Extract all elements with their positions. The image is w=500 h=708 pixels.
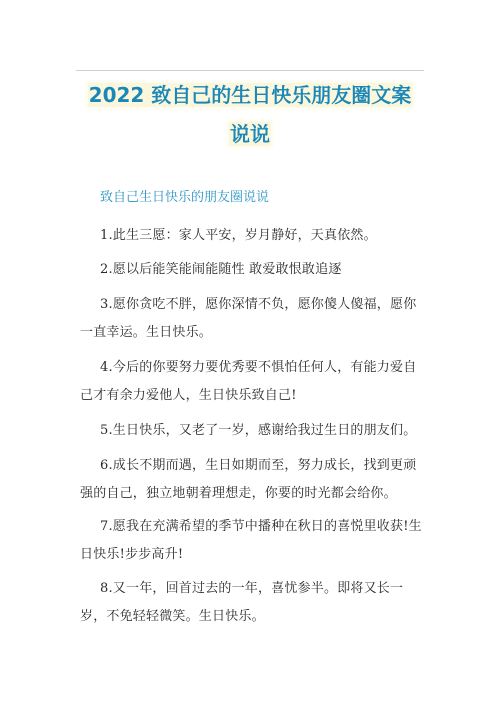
list-item: 5.生日快乐，又老了一岁，感谢给我过生日的朋友们。 (80, 417, 422, 445)
section-subtitle: 致自己生日快乐的朋友圈说说 (100, 189, 269, 207)
list-item: 7.愿我在充满希望的季节中播种在秋日的喜悦里收获!生日快乐!步步高升! (80, 513, 422, 569)
list-item: 6.成长不期而遇，生日如期而至，努力成长，找到更顽强的自己，独立地朝着理想走，你… (80, 452, 422, 508)
list-item: 8.又一年，回首过去的一年，喜忧参半。即将又长一岁，不免轻轻微笑。生日快乐。 (80, 575, 422, 631)
header-divider (76, 70, 424, 71)
page-title: 2022 致自己的生日快乐朋友圈文案 说说 (60, 76, 440, 154)
title-line-1: 2022 致自己的生日快乐朋友圈文案 (88, 83, 413, 107)
list-item: 4.今后的你要努力要优秀要不惧怕任何人，有能力爱自己才有余力爱他人，生日快乐致自… (80, 354, 422, 410)
list-item: 1.此生三愿：家人平安，岁月静好，天真依然。 (80, 222, 422, 250)
list-item: 3.愿你贪吃不胖，愿你深情不负，愿你傻人傻福，愿你一直幸运。生日快乐。 (80, 291, 422, 347)
title-line-2: 说说 (229, 122, 271, 146)
document-page: 2022 致自己的生日快乐朋友圈文案 说说 致自己生日快乐的朋友圈说说 1.此生… (0, 0, 500, 708)
list-item: 2.愿以后能笑能闹能随性 敢爱敢恨敢追逐 (80, 256, 422, 284)
